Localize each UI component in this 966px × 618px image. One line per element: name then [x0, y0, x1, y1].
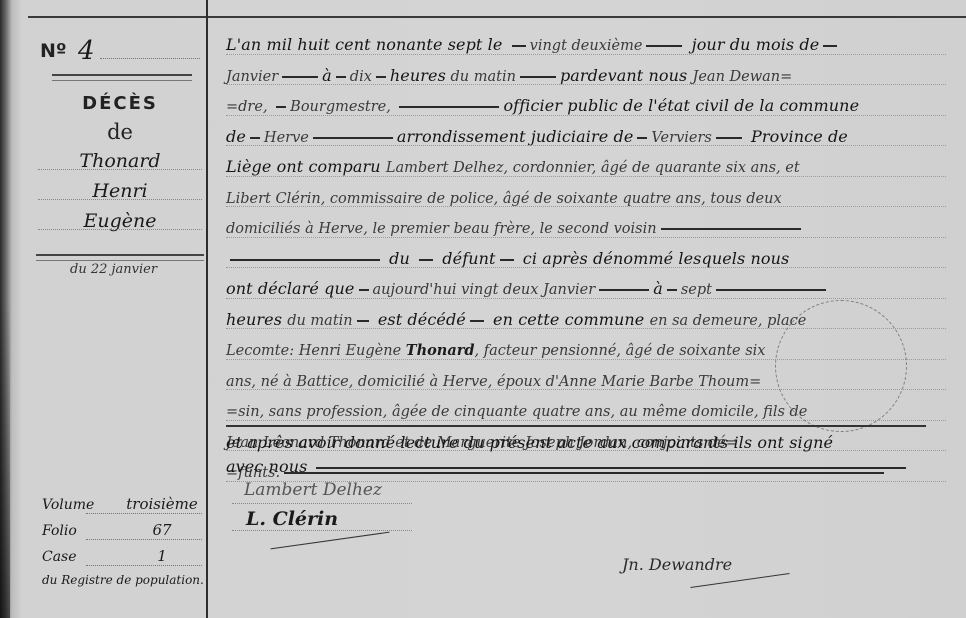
handwritten-text: aujourd'hui vingt deux Janvier	[373, 282, 596, 298]
fill-blank	[646, 45, 682, 47]
handwritten-text: Thonard	[406, 342, 475, 359]
fill-blank	[667, 289, 677, 291]
given-name-2: Eugène	[38, 210, 202, 232]
handwritten-text: ans, né à Battice, domicilié à Herve, ép…	[226, 374, 761, 390]
body-line: =dre, Bourgmestre, officier public de l'…	[226, 91, 946, 122]
printed-text: ci après dénommé lesquels nous	[518, 249, 790, 268]
printed-text: arrondissement judiciaire de	[397, 127, 634, 146]
printed-text: jour du mois de	[686, 35, 819, 54]
number-label: Nº	[40, 40, 67, 62]
body-line: deHervearrondissement judiciaire deVervi…	[226, 122, 946, 153]
fill-blank	[336, 76, 346, 78]
printed-text: officier public de l'état civil de la co…	[503, 96, 859, 115]
fill-blank	[661, 228, 801, 230]
de-label: de	[60, 120, 180, 144]
handwritten-text: sept	[681, 282, 712, 298]
printed-text: en cette commune	[488, 310, 650, 329]
handwritten-text: Verviers	[651, 130, 711, 146]
fill-blank	[716, 137, 742, 139]
handwritten-text: Lecomte: Henri Eugène	[226, 343, 406, 359]
body-line: Janvieràdixheures du matinpardevant nous…	[226, 61, 946, 92]
fill-blank	[230, 259, 380, 261]
divider	[52, 74, 192, 81]
printed-text: ont déclaré que	[226, 279, 355, 298]
fill-blank	[520, 76, 556, 78]
printed-text: pardevant nous	[560, 66, 693, 85]
handwritten-text: =sin, sans profession, âgée de cinquante…	[226, 404, 807, 420]
surname: Thonard	[38, 150, 202, 172]
register-reference: Volume troisième Folio 67 Case 1 du Regi…	[42, 495, 212, 573]
fill-blank	[282, 76, 318, 78]
fill-blank	[637, 137, 647, 139]
fill-blank	[313, 137, 393, 139]
body-line: du défunt ci après dénommé lesquels nous	[226, 244, 946, 275]
handwritten-text: Herve	[264, 130, 309, 146]
volume-row: Volume troisième	[42, 495, 212, 521]
closing-line-2: avec nous	[226, 452, 946, 483]
fill-blank	[276, 106, 286, 108]
fill-blank	[512, 45, 526, 47]
fill-blank	[823, 45, 837, 47]
fill-blank	[470, 320, 484, 322]
fill-blank	[357, 320, 369, 322]
printed-text: à	[653, 279, 663, 298]
official-stamp	[775, 300, 907, 432]
printed-text: Province de	[746, 127, 848, 146]
handwritten-text: dix	[350, 69, 372, 85]
printed-text: L'an mil huit cent nonante sept le	[226, 35, 508, 54]
fill-blank	[376, 76, 386, 78]
volume-value: troisième	[122, 495, 202, 513]
case-value: 1	[122, 547, 202, 565]
handwritten-text: , facteur pensionné, âgé de soixante six	[475, 343, 766, 359]
number-dots	[100, 58, 200, 59]
body-line: domiciliés à Herve, le premier beau frèr…	[226, 213, 946, 244]
printed-text: heures	[390, 66, 446, 85]
printed-text: défunt	[437, 249, 495, 268]
signature-official: Jn. Dewandre	[622, 555, 732, 574]
folio-value: 67	[122, 521, 202, 539]
handwritten-text: Janvier	[226, 69, 278, 85]
record-number: Nº 4	[20, 40, 180, 68]
printed-text: Liège ont comparu	[226, 157, 386, 176]
fill-blank	[250, 137, 260, 139]
printed-text: de	[226, 127, 246, 146]
fill-blank	[599, 289, 649, 291]
fill-blank	[399, 106, 499, 108]
fill-blank	[419, 259, 433, 261]
printed-text: est décédé	[373, 310, 466, 329]
deces-title: DÉCÈS	[60, 93, 180, 114]
printed-text: à	[322, 66, 332, 85]
printed-text: du	[384, 249, 415, 268]
body-line: L'an mil huit cent nonante sept le vingt…	[226, 30, 946, 61]
number-value: 4	[78, 36, 95, 66]
document-page: Nº 4 DÉCÈS de Thonard Henri Eugène du 22…	[0, 0, 966, 618]
binding-shadow	[0, 300, 10, 618]
handwritten-text: du matin	[287, 313, 352, 329]
fill-blank	[359, 289, 369, 291]
signature-witness-2: L. Clérin	[246, 508, 338, 530]
folio-row: Folio 67	[42, 521, 212, 547]
handwritten-text: domiciliés à Herve, le premier beau frèr…	[226, 221, 657, 237]
divider	[36, 254, 204, 261]
handwritten-text: Lambert Delhez, cordonnier, âgé de quara…	[386, 160, 800, 176]
margin-date: du 22 janvier	[70, 262, 157, 277]
case-row: Case 1	[42, 547, 212, 573]
handwritten-text: =dre,	[226, 99, 272, 115]
body-line: Libert Clérin, commissaire de police, âg…	[226, 183, 946, 214]
body-line: Liège ont comparu Lambert Delhez, cordon…	[226, 152, 946, 183]
handwritten-text: Libert Clérin, commissaire de police, âg…	[226, 191, 782, 207]
handwritten-text: Bourgmestre,	[290, 99, 395, 115]
signature-witness-1: Lambert Delhez	[244, 480, 382, 500]
fill-blank	[716, 289, 826, 291]
handwritten-text: en sa demeure, place	[650, 313, 807, 329]
printed-text: heures	[226, 310, 287, 329]
register-footer: du Registre de population.	[42, 573, 204, 587]
given-name-1: Henri	[38, 180, 202, 202]
handwritten-text: Jean Dewan=	[693, 69, 793, 85]
handwritten-text: vingt deuxième	[530, 38, 643, 54]
fill-blank	[500, 259, 514, 261]
top-rule	[28, 16, 966, 18]
handwritten-text: du matin	[446, 69, 516, 85]
